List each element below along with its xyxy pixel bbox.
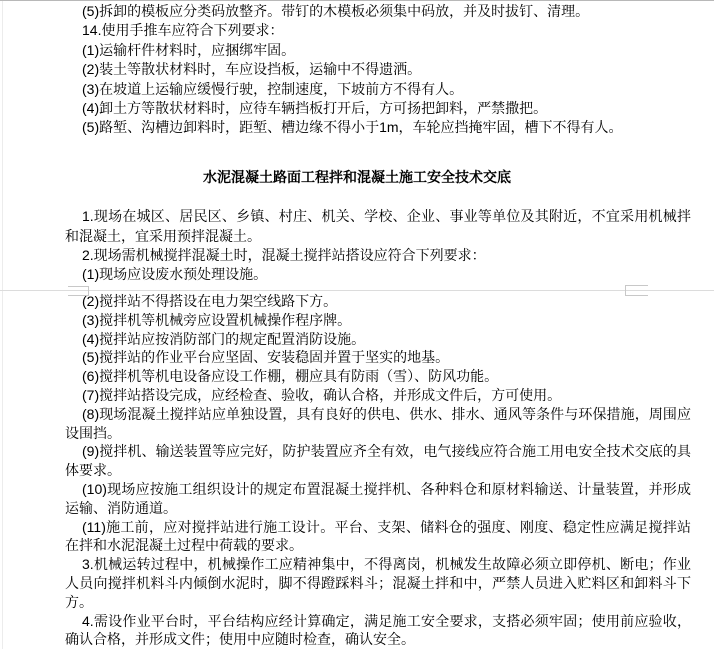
paragraph: (11)施工前，应对搅拌站进行施工设计。平台、支架、储料仓的强度、刚度、稳定性应…: [65, 518, 691, 556]
paragraph: (2)装土等散状材料时，车应设挡板，运输中不得遗洒。: [65, 60, 691, 79]
paragraph: (8)现场混凝土搅拌站应单独设置，具有良好的供电、供水、排水、通风等条件与环保措…: [65, 405, 691, 443]
paragraph: (5)搅拌站的作业平台应坚固、安装稳固并置于坚实的地基。: [65, 348, 691, 367]
document-page[interactable]: (5)拆卸的模板应分类码放整齐。带钉的木模板必须集中码放，并及时拔钉、清理。 1…: [0, 0, 714, 649]
paragraph: 4.需设作业平台时，平台结构应经计算确定，满足施工安全要求，支搭必须牢固；使用前…: [65, 612, 691, 649]
page1-text-block: (5)拆卸的模板应分类码放整齐。带钉的木模板必须集中码放，并及时拔钉、清理。 1…: [0, 2, 714, 285]
paragraph: (5)拆卸的模板应分类码放整齐。带钉的木模板必须集中码放，并及时拔钉、清理。: [65, 2, 691, 21]
paragraph: (5)路堑、沟槽边卸料时，距堑、槽边缘不得小于1m，车轮应挡掩牢固，槽下不得有人…: [65, 118, 691, 137]
paragraph: (4)搅拌站应按消防部门的规定配置消防设施。: [65, 330, 691, 349]
paragraph: (9)搅拌机、输送装置等应完好，防护装置应齐全有效，电气接线应符合施工用电安全技…: [65, 442, 691, 480]
window-top-edge: [0, 0, 714, 1]
paragraph: 14.使用手推车应符合下列要求：: [65, 21, 691, 40]
paragraph: (4)卸土方等散状材料时，应待车辆挡板打开后，方可扬把卸料，严禁撒把。: [65, 99, 691, 118]
page2-text-block: (2)搅拌站不得搭设在电力架空线路下方。 (3)搅拌机等机械旁应设置机械操作程序…: [0, 292, 714, 649]
paragraph: (3)在坡道上运输应缓慢行驶，控制速度，下坡前方不得有人。: [65, 80, 691, 99]
paragraph: (2)搅拌站不得搭设在电力架空线路下方。: [65, 292, 691, 311]
paragraph: (3)搅拌机等机械旁应设置机械操作程序牌。: [65, 311, 691, 330]
paragraph: (6)搅拌机等机电设备应设工作棚，棚应具有防雨（雪）、防风功能。: [65, 367, 691, 386]
document-title: 水泥混凝土路面工程拌和混凝土施工安全技术交底: [0, 168, 714, 187]
page-break-line: [0, 290, 714, 291]
paragraph: (1)现场应设废水预处理设施。: [65, 265, 691, 284]
paragraph: (10)现场应按施工组织设计的规定布置混凝土搅拌机、各种料仓和原材料输送、计量装…: [65, 480, 691, 518]
paragraph: 3.机械运转过程中，机械操作工应精神集中，不得离岗，机械发生故障必须立即停机、断…: [65, 555, 691, 611]
paragraph: 2.现场需机械搅拌混凝土时，混凝土搅拌站搭设应符合下列要求：: [65, 246, 691, 265]
paragraph: (1)运输杆件材料时，应捆绑牢固。: [65, 41, 691, 60]
paragraph: (7)搅拌站搭设完成，应经检查、验收，确认合格，并形成文件后，方可使用。: [65, 386, 691, 405]
paragraph: 1.现场在城区、居民区、乡镇、村庄、机关、学校、企业、事业等单位及其附近，不宜采…: [65, 207, 691, 246]
